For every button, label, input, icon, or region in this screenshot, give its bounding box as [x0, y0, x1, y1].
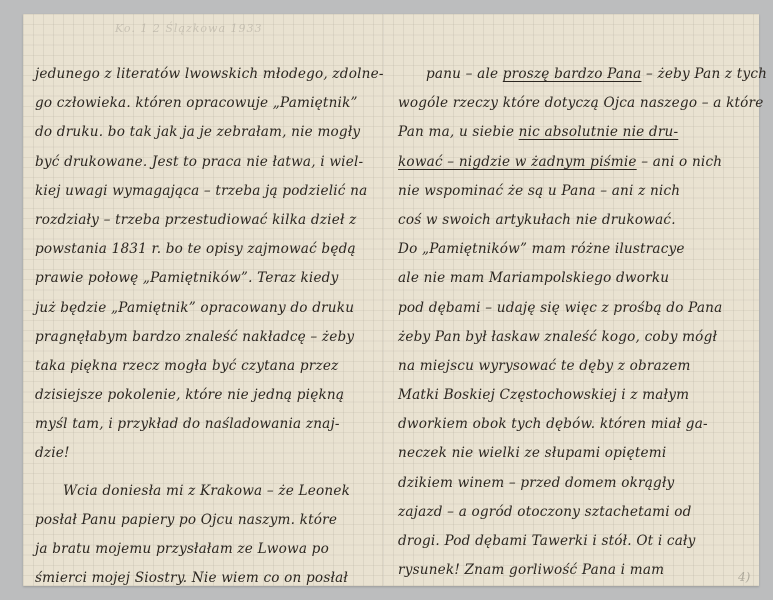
text-line: taka piękna rzecz mogła być czytana prze… — [35, 352, 385, 381]
text-line: być drukowane. Jest to praca nie łatwa, … — [35, 148, 385, 177]
text-line: żeby Pan był łaskaw znaleść kogo, coby m… — [398, 323, 768, 352]
text-line: jedunego z literatów lwowskich młodego, … — [35, 60, 385, 89]
text-line: ja bratu mojemu przysłałam ze Lwowa po — [35, 535, 385, 564]
text-segment: na miejscu wyrysować te dęby z obrazem — [398, 358, 691, 374]
paragraph-start-line: Wcia doniesła mi z Krakowa – że Leonek — [35, 477, 385, 506]
text-segment: neczek nie wielki ze słupami opiętemi — [398, 445, 666, 461]
text-line: myśl tam, i przykład do naśladowania zna… — [35, 410, 385, 439]
text-segment: dzikiem winem – przed domem okrągły — [398, 475, 674, 491]
text-line: drogi. Pod dębami Tawerki i stół. Ot i c… — [398, 527, 768, 556]
text-line: pod dębami – udaję się więc z prośbą do … — [398, 294, 768, 323]
text-line: zajazd – a ogród otoczony sztachetami od — [398, 498, 768, 527]
text-line: do druku. bo tak jak ja je zebrałam, nie… — [35, 118, 385, 147]
text-line: coś w swoich artykułach nie drukować. — [398, 206, 768, 235]
text-segment: nie wspominać że są u Pana – ani z nich — [398, 183, 680, 199]
left-page-text: jedunego z literatów lwowskich młodego, … — [35, 60, 385, 593]
text-line: Pan ma, u siebie nic absolutnie nie dru- — [398, 118, 768, 147]
text-line: rysunek! Znam gorliwość Pana i mam — [398, 556, 768, 585]
text-segment: zajazd – a ogród otoczony sztachetami od — [398, 504, 692, 520]
text-segment: Do „Pamiętników” mam różne ilustracye — [398, 241, 685, 257]
text-line: prawie połowę „Pamiętników”. Teraz kiedy — [35, 264, 385, 293]
text-segment: pod dębami – udaję się więc z prośbą do … — [398, 300, 722, 316]
pencil-annotation: Ko. 1 2 Ślązkowa 1933 — [115, 22, 263, 35]
text-line: nie wspominać że są u Pana – ani z nich — [398, 177, 768, 206]
text-segment: Pan ma, u siebie — [398, 124, 519, 140]
text-segment: coś w swoich artykułach nie drukować. — [398, 212, 676, 228]
text-line: wogóle rzeczy które dotyczą Ojca naszego… — [398, 89, 768, 118]
text-segment: panu – ale — [426, 66, 503, 82]
text-line: powstania 1831 r. bo te opisy zajmować b… — [35, 235, 385, 264]
text-segment: rysunek! Znam gorliwość Pana i mam — [398, 562, 664, 578]
text-segment: drogi. Pod dębami Tawerki i stół. Ot i c… — [398, 533, 696, 549]
text-line: neczek nie wielki ze słupami opiętemi — [398, 439, 768, 468]
text-line: dzikiem winem – przed domem okrągły — [398, 469, 768, 498]
text-line: dzisiejsze pokolenie, które nie jedną pi… — [35, 381, 385, 410]
text-line: Matki Boskiej Częstochowskiej i z małym — [398, 381, 768, 410]
underlined-text: proszę bardzo Pana — [503, 66, 642, 82]
text-line: śmierci mojej Siostry. Nie wiem co on po… — [35, 564, 385, 593]
text-line: pragnęłabym bardzo znaleść nakładcę – że… — [35, 323, 385, 352]
text-line: dzie! — [35, 439, 385, 468]
text-line: rozdziały – trzeba przestudiować kilka d… — [35, 206, 385, 235]
text-line: posłał Panu papiery po Ojcu naszym. któr… — [35, 506, 385, 535]
right-page-text: panu – ale proszę bardzo Pana – żeby Pan… — [398, 60, 768, 585]
text-segment: ale nie mam Mariampolskiego dworku — [398, 270, 669, 286]
text-line: Do „Pamiętników” mam różne ilustracye — [398, 235, 768, 264]
text-segment: – ani o nich — [637, 154, 723, 170]
text-segment: – żeby Pan z tych — [641, 66, 767, 82]
underlined-text: nic absolutnie nie dru- — [519, 124, 679, 140]
text-line: go człowieka. któren opracowuje „Pamiętn… — [35, 89, 385, 118]
text-line: dworkiem obok tych dębów. któren miał ga… — [398, 410, 768, 439]
text-line: ale nie mam Mariampolskiego dworku — [398, 264, 768, 293]
text-line: panu – ale proszę bardzo Pana – żeby Pan… — [398, 60, 768, 89]
text-line: już będzie „Pamiętnik” opracowany do dru… — [35, 294, 385, 323]
text-segment: dworkiem obok tych dębów. któren miał ga… — [398, 416, 708, 432]
text-segment: wogóle rzeczy które dotyczą Ojca naszego… — [398, 95, 764, 111]
text-line: na miejscu wyrysować te dęby z obrazem — [398, 352, 768, 381]
text-line: kiej uwagi wymagająca – trzeba ją podzie… — [35, 177, 385, 206]
text-segment: żeby Pan był łaskaw znaleść kogo, coby m… — [398, 329, 717, 345]
text-line: kować – nigdzie w żadnym piśmie – ani o … — [398, 148, 768, 177]
underlined-text: kować – nigdzie w żadnym piśmie — [398, 154, 637, 170]
text-segment: Matki Boskiej Częstochowskiej i z małym — [398, 387, 689, 403]
